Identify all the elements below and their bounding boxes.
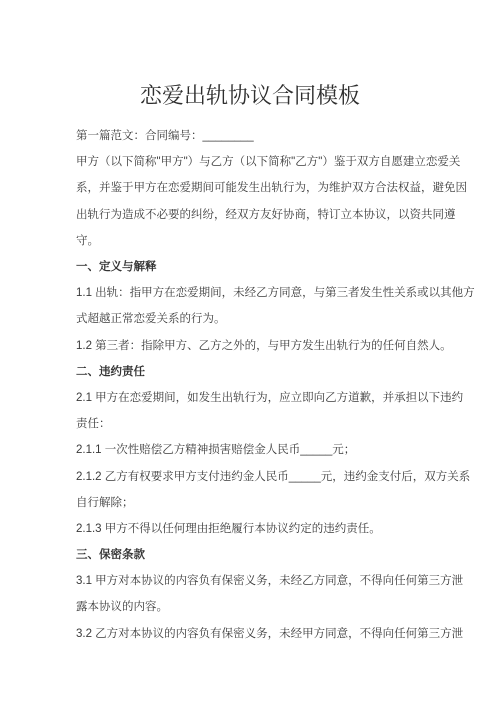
document-line: 露本协议的内容。 <box>76 593 472 619</box>
section-heading: 一、定义与解释 <box>76 253 472 279</box>
document-line: 系，并鉴于甲方在恋爱期间可能发生出轨行为，为维护双方合法权益，避免因 <box>76 174 472 200</box>
document-line: 守。 <box>76 227 472 253</box>
document-line: 3.1 甲方对本协议的内容负有保密义务，未经乙方同意，不得向任何第三方泄 <box>76 567 472 593</box>
section-heading: 二、违约责任 <box>76 358 472 384</box>
document-line: 第一篇范文：合同编号：________ <box>76 122 472 148</box>
document-line: 2.1.1 一次性赔偿乙方精神损害赔偿金人民币_____元； <box>76 436 472 462</box>
document-page: 恋爱出轨协议合同模板 第一篇范文：合同编号：________甲方（以下简称"甲方… <box>0 0 500 707</box>
document-line: 1.1 出轨：指甲方在恋爱期间，未经乙方同意，与第三者发生性关系或以其他方 <box>76 279 472 305</box>
document-body: 第一篇范文：合同编号：________甲方（以下简称"甲方"）与乙方（以下简称"… <box>0 122 500 646</box>
document-line: 2.1 甲方在恋爱期间，如发生出轨行为，应立即向乙方道歉，并承担以下违约 <box>76 384 472 410</box>
document-line: 2.1.3 甲方不得以任何理由拒绝履行本协议约定的违约责任。 <box>76 515 472 541</box>
document-title: 恋爱出轨协议合同模板 <box>0 0 500 109</box>
document-line: 2.1.2 乙方有权要求甲方支付违约金人民币_____元，违约金支付后，双方关系 <box>76 462 472 488</box>
section-heading: 三、保密条款 <box>76 541 472 567</box>
document-line: 1.2 第三者：指除甲方、乙方之外的，与甲方发生出轨行为的任何自然人。 <box>76 332 472 358</box>
document-line: 自行解除； <box>76 489 472 515</box>
document-line: 责任： <box>76 410 472 436</box>
document-line: 3.2 乙方对本协议的内容负有保密义务，未经甲方同意，不得向任何第三方泄 <box>76 620 472 646</box>
document-line: 式超越正常恋爱关系的行为。 <box>76 305 472 331</box>
document-line: 出轨行为造成不必要的纠纷，经双方友好协商，特订立本协议，以资共同遵 <box>76 201 472 227</box>
document-line: 甲方（以下简称"甲方"）与乙方（以下简称"乙方"）鉴于双方自愿建立恋爱关 <box>76 148 472 174</box>
